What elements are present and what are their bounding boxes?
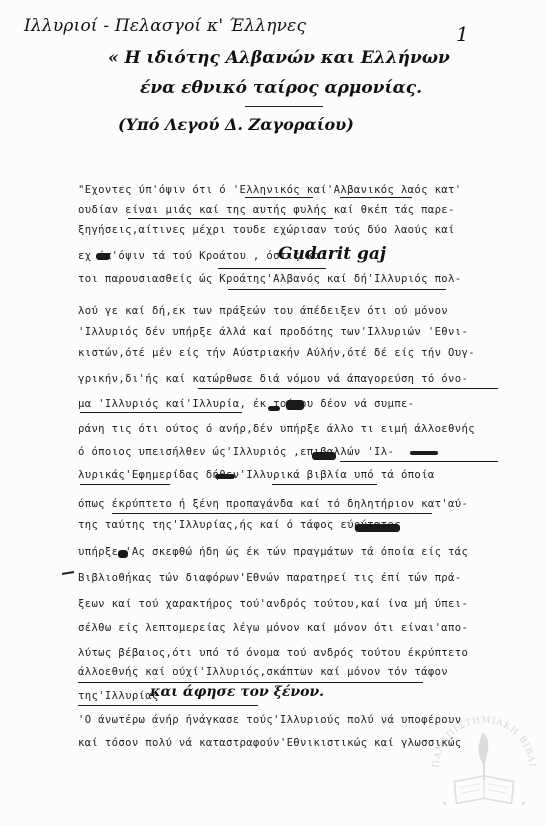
- typed-line: γρικήν,δι'ής καί κατώρθωσε διά νόμου νά …: [78, 373, 468, 385]
- typed-line: καί τόσον πολύ νά καταστραφούν'Εθνικιστι…: [78, 737, 462, 749]
- handwritten-insert-ending: και άφησε τον ξένον.: [150, 684, 324, 700]
- document-page: Ιλλυριοί - Πελασγοί κ' Έλληνες 1 « Η ιδι…: [0, 0, 545, 826]
- typed-line: λυρικάς'Εφημερίδας δήθεν'Ιλλυρικά βιβλία…: [78, 469, 435, 481]
- typed-line: λύτως βέβαιος,ότι υπό τό όνομα τού ανδρό…: [78, 647, 468, 659]
- handwritten-insert-name: Gudarit gaj: [278, 244, 386, 264]
- underline: [128, 218, 333, 219]
- underline: [78, 682, 423, 683]
- ink-strike: [410, 451, 438, 455]
- typed-line: όπως έκρύπτετο ή ξένη προπαγάνδα καί τό …: [78, 498, 468, 510]
- typed-line: της'Ιλλυρίας: [78, 690, 159, 702]
- underline: [80, 412, 242, 413]
- underline: [245, 197, 313, 198]
- library-watermark-icon: ΠΑΝΕΠΙΣΤΗΜΙΑΚΗ ΒΙΒΛΙΟΘΗΚΗ ΙΩΑΝΝΙΝΩΝ: [425, 705, 543, 823]
- typed-line: ουδίαν είναι μιάς καί της αυτής φυλής κα…: [78, 204, 455, 216]
- typed-line: ξηγήσεις,αίτινες μέχρι τουδε εχώρισαν το…: [78, 224, 455, 236]
- typed-line: κιστών,ότέ μέν είς τήν Αύστριακήν Αύλήν,…: [78, 347, 475, 359]
- underline: [198, 388, 498, 389]
- underline: [218, 268, 326, 269]
- typed-line: ό όποιος υπεισήλθεν ώς'Ιλλυριός ,επιβαλλ…: [78, 446, 394, 458]
- handwritten-title-line-2: ένα εθνικό ταίρος αρμονίας.: [140, 78, 422, 98]
- underline: [112, 513, 432, 514]
- underline: [272, 484, 377, 485]
- ink-strike: [118, 550, 128, 558]
- typed-line: Βιβλιοθήκας τών διαφόρων'Εθνών παρατηρεί…: [78, 572, 462, 584]
- ink-strike: [215, 474, 235, 479]
- ink-strike: [268, 406, 280, 411]
- typed-line: τοι παρουσιασθείς ώς Κροάτης'Αλβανός καί…: [78, 273, 462, 285]
- ink-strike: [312, 452, 336, 460]
- handwritten-title-line-1: « Η ιδιότης Αλβανών και Ελλήνων: [108, 48, 450, 68]
- handwritten-byline: (Υπό Λεγού Δ. Ζαγοραίου): [118, 115, 354, 134]
- ink-strike: [286, 400, 304, 410]
- underline: [340, 197, 412, 198]
- page-number: 1: [456, 22, 469, 46]
- ink-strike: [355, 524, 400, 532]
- typed-line: άλλοεθνής καί ούχί'Ιλλυριός,σκάπτων καί …: [78, 666, 448, 678]
- underline: [80, 484, 170, 485]
- typed-line: λού γε καί δή,εκ των πράξεών του άπέδειξ…: [78, 305, 448, 317]
- underline: [340, 461, 498, 462]
- typed-line: 'Ο άνωτέρω άνήρ ήνάγκασε τούς'Ιλλυριούς …: [78, 714, 462, 726]
- typed-line: ξεων καί τού χαρακτήρος τού'ανδρός τούτο…: [78, 598, 468, 610]
- margin-mark: [62, 571, 74, 575]
- typed-line: μα 'Ιλλυριός καί'Ιλλυρία, έκ τούτου δέον…: [78, 398, 414, 410]
- underline: [228, 289, 446, 290]
- typed-line: σέλθω είς λεπτομερείας λέγω μόνον καί μό…: [78, 622, 468, 634]
- typed-line: "Εχοντες ύπ'όψιν ότι ό 'Ελληνικός καί'Αλ…: [78, 184, 462, 196]
- ink-strike: [96, 253, 110, 260]
- handwritten-header: Ιλλυριοί - Πελασγοί κ' Έλληνες: [24, 16, 306, 36]
- underline: [78, 705, 258, 706]
- typed-line: ράνη τις ότι ούτος ό ανήρ,δέν υπήρξε άλλ…: [78, 423, 475, 435]
- typed-line: 'Ιλλυριός δέν υπήρξε άλλά καί προδότης τ…: [78, 326, 468, 338]
- typed-line: της ταύτης της'Ιλλυρίας,ής καί ό τάφος ε…: [78, 519, 401, 531]
- title-underline: [245, 106, 323, 107]
- typed-line: υπήρξε.'Ας σκεφθώ ήδη ώς έκ τών πραγμάτω…: [78, 546, 468, 558]
